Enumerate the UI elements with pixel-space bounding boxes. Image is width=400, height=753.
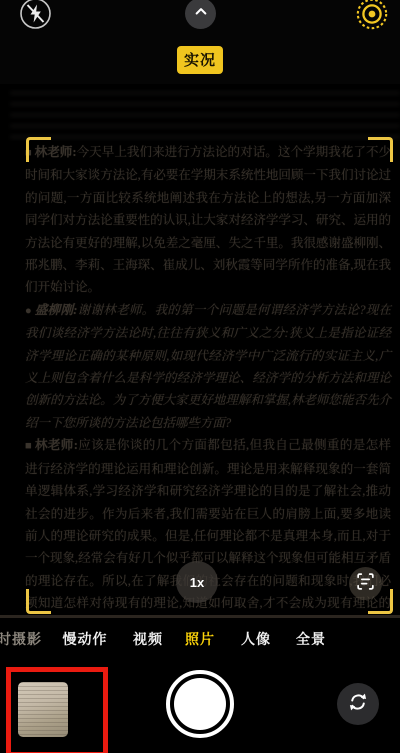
camera-top-bar: 实况 bbox=[0, 0, 400, 84]
zoom-1x-button[interactable]: 1x bbox=[176, 561, 218, 603]
mode-video[interactable]: 视频 bbox=[133, 629, 163, 649]
live-text-detect-button[interactable] bbox=[349, 567, 382, 600]
document-paragraph: ●盛柳刚:谢谢林老师。我的第一个问题是何谓经济学方法论?现在我们谈经济学方法论时… bbox=[25, 299, 391, 434]
mode-timelapse[interactable]: 延时摄影 bbox=[0, 629, 42, 649]
camera-controls-bar bbox=[0, 656, 400, 753]
live-photo-badge: 实况 bbox=[177, 46, 223, 74]
annotation-red-box bbox=[6, 667, 108, 753]
camera-app-screen: 实况 ■林老师:今天早上我们来进行方法论的对话。这个学期我花了不少时间和大家谈方… bbox=[0, 0, 400, 753]
mode-slomo[interactable]: 慢动作 bbox=[63, 629, 108, 649]
live-photo-button[interactable] bbox=[355, 0, 389, 31]
document-page-text: ■林老师:今天早上我们来进行方法论的对话。这个学期我花了不少时间和大家谈方法论,… bbox=[25, 141, 391, 618]
expand-controls-button[interactable] bbox=[185, 0, 216, 29]
flip-camera-button[interactable] bbox=[337, 683, 379, 725]
chevron-up-icon bbox=[191, 1, 211, 26]
mode-pano[interactable]: 全景 bbox=[296, 629, 326, 649]
blurred-page-top bbox=[10, 92, 400, 144]
shutter-inner-circle bbox=[174, 678, 226, 730]
document-paragraph: ■林老师:今天早上我们来进行方法论的对话。这个学期我花了不少时间和大家谈方法论,… bbox=[25, 141, 391, 299]
flash-off-button[interactable] bbox=[19, 0, 52, 30]
camera-mode-bar: 延时摄影 慢动作 视频 照片 人像 全景 bbox=[0, 618, 400, 656]
mode-photo-selected[interactable]: 照片 bbox=[185, 629, 215, 649]
live-photo-icon bbox=[355, 18, 389, 35]
live-text-icon bbox=[355, 571, 376, 597]
shutter-button[interactable] bbox=[166, 670, 234, 738]
mode-portrait[interactable]: 人像 bbox=[241, 629, 271, 649]
flip-camera-icon bbox=[346, 690, 370, 719]
flash-off-icon bbox=[19, 17, 52, 34]
camera-viewfinder[interactable]: ■林老师:今天早上我们来进行方法论的对话。这个学期我花了不少时间和大家谈方法论,… bbox=[0, 84, 400, 618]
